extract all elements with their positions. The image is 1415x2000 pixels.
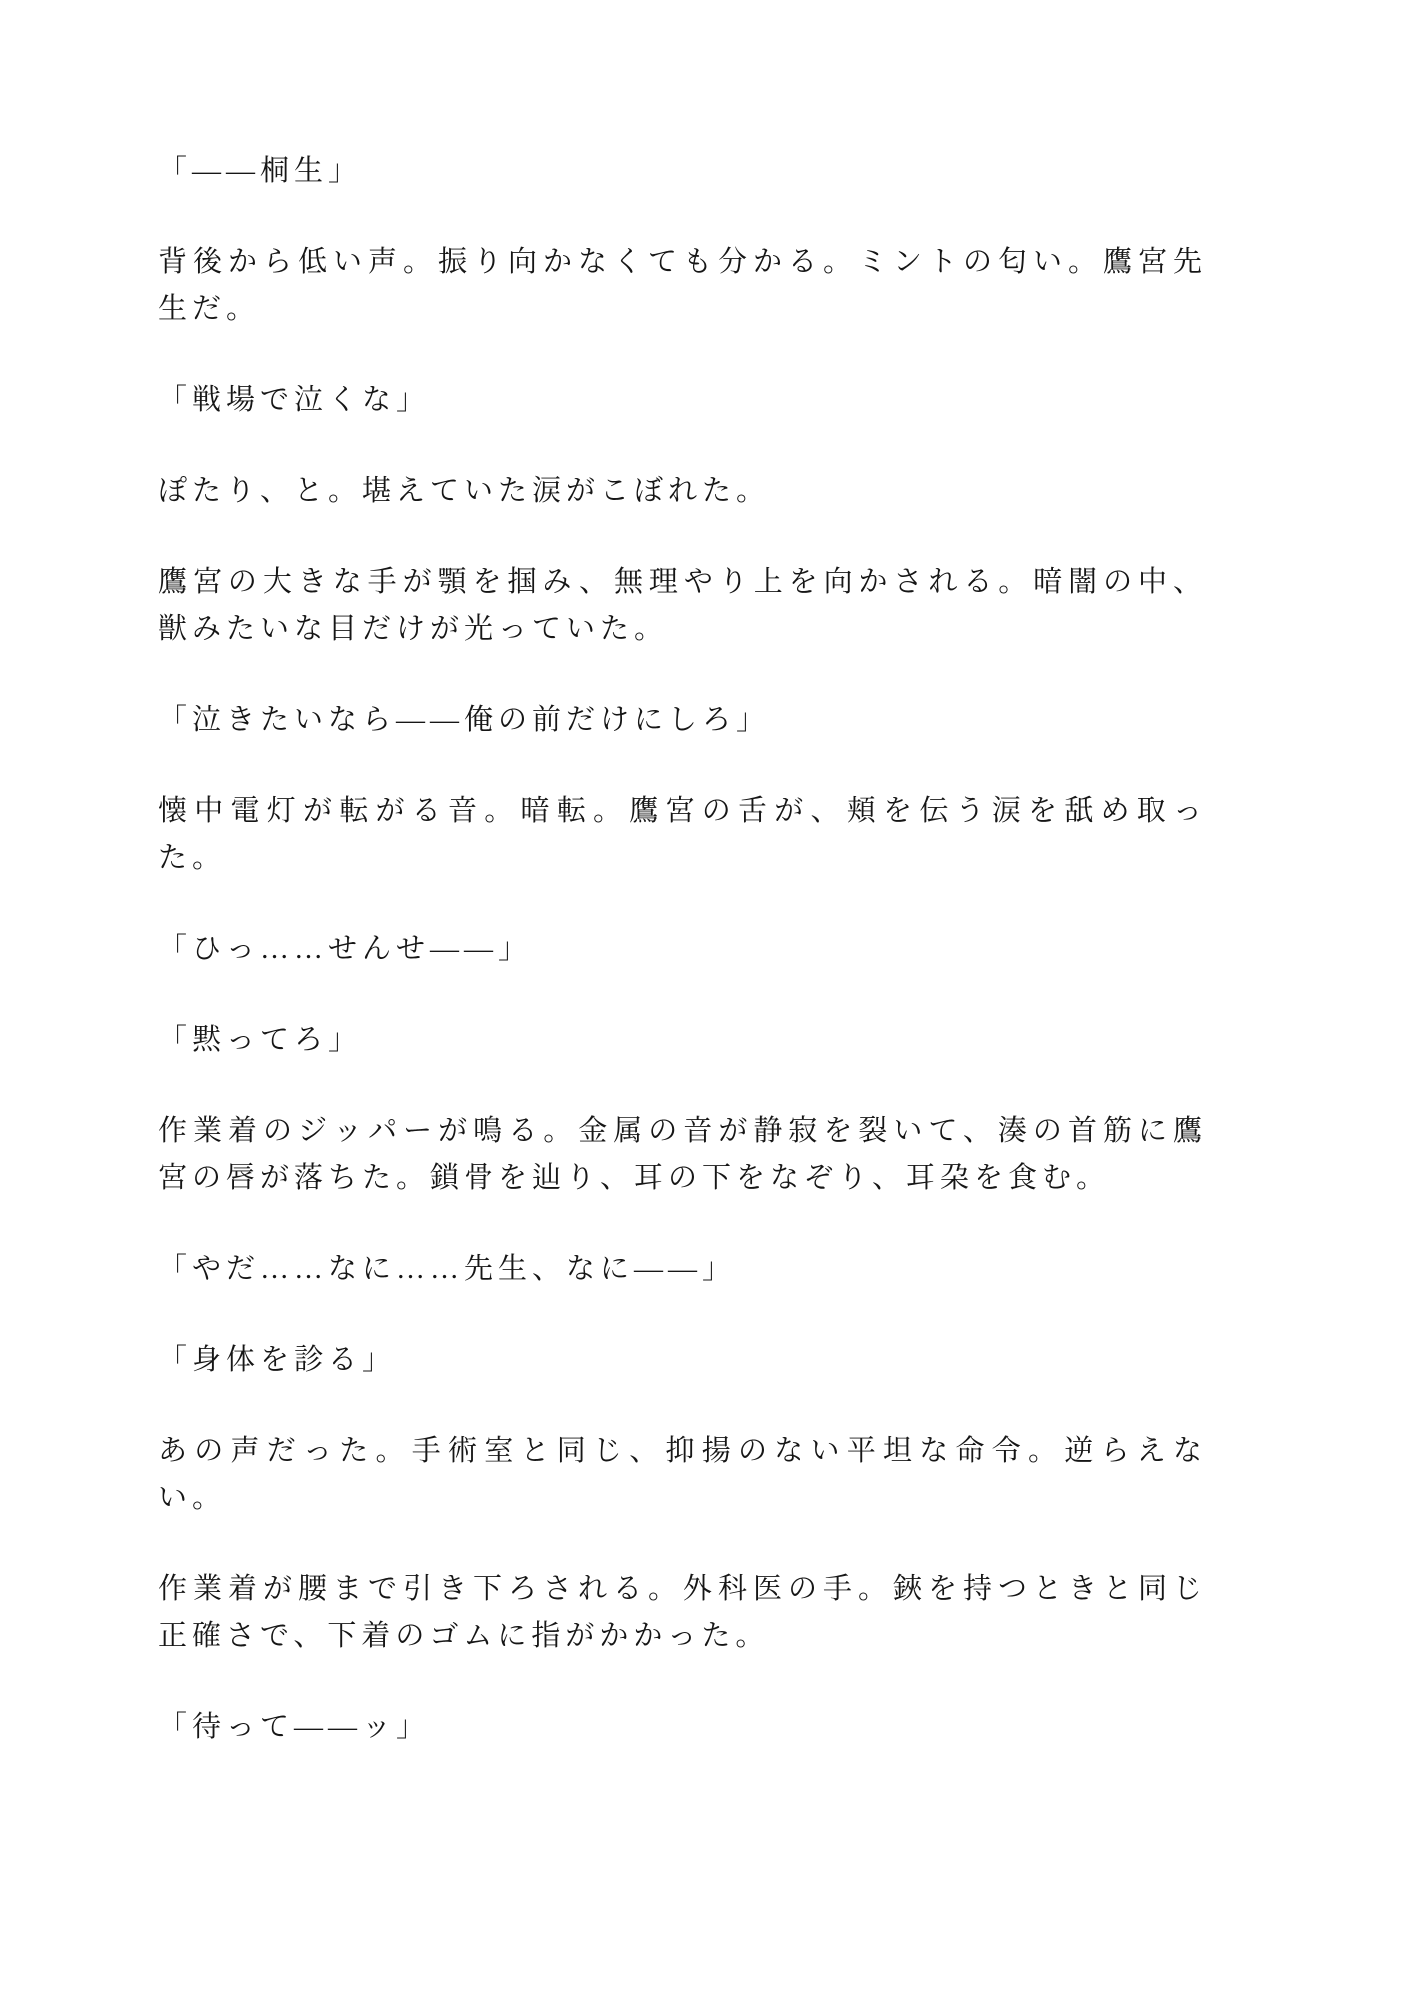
paragraph: 「黙ってろ」: [158, 1017, 1207, 1064]
paragraph: 「戦場で泣くな」: [158, 377, 1207, 424]
paragraph: 「待って——ッ」: [158, 1704, 1207, 1751]
paragraph: 作業着のジッパーが鳴る。金属の音が静寂を裂いて、湊の首筋に鷹宮の唇が落ちた。鎖骨…: [158, 1108, 1207, 1202]
paragraph: 「ひっ……せんせ——」: [158, 926, 1207, 973]
paragraph: 「——桐生」: [158, 148, 1207, 195]
document-body: 「——桐生」背後から低い声。振り向かなくても分かる。ミントの匂い。鷹宮先生だ。「…: [158, 148, 1207, 1751]
paragraph: 「やだ……なに……先生、なに——」: [158, 1246, 1207, 1293]
paragraph: 作業着が腰まで引き下ろされる。外科医の手。鋏を持つときと同じ正確さで、下着のゴム…: [158, 1566, 1207, 1660]
paragraph: あの声だった。手術室と同じ、抑揚のない平坦な命令。逆らえない。: [158, 1428, 1207, 1522]
paragraph: 懐中電灯が転がる音。暗転。鷹宮の舌が、頬を伝う涙を舐め取った。: [158, 788, 1207, 882]
paragraph: 背後から低い声。振り向かなくても分かる。ミントの匂い。鷹宮先生だ。: [158, 239, 1207, 333]
paragraph: ぽたり、と。堪えていた涙がこぼれた。: [158, 468, 1207, 515]
document-page: 「——桐生」背後から低い声。振り向かなくても分かる。ミントの匂い。鷹宮先生だ。「…: [0, 0, 1415, 2000]
paragraph: 鷹宮の大きな手が顎を掴み、無理やり上を向かされる。暗闇の中、獣みたいな目だけが光…: [158, 559, 1207, 653]
paragraph: 「泣きたいなら——俺の前だけにしろ」: [158, 697, 1207, 744]
paragraph: 「身体を診る」: [158, 1337, 1207, 1384]
